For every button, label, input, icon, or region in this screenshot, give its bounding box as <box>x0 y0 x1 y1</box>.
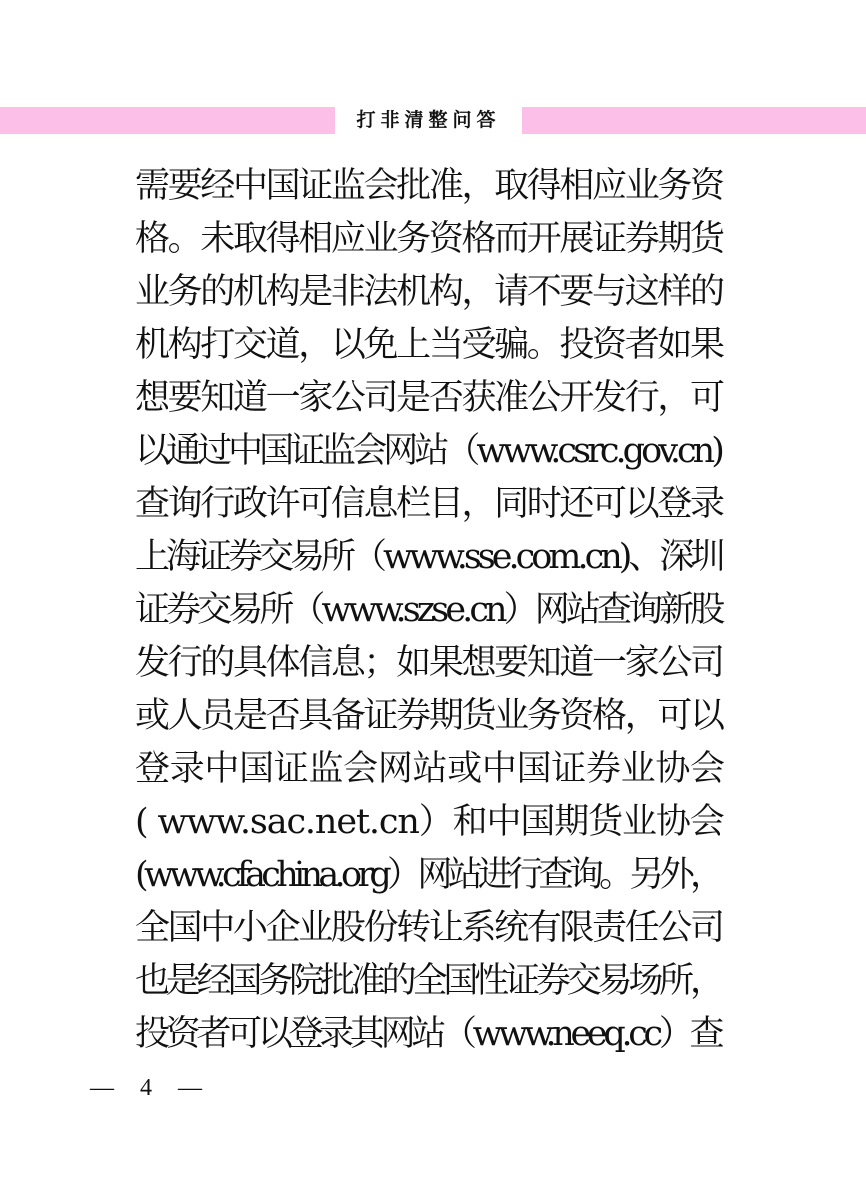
text-line: 上海证券交易所（www.sse.com.cn)、深圳 <box>135 531 725 584</box>
text-line: 发行的具体信息；如果想要知道一家公司 <box>135 637 725 690</box>
text-line: (www.cfachina.org）网站进行查询。另外， <box>135 849 725 902</box>
text-line: 格。未取得相应业务资格而开展证券期货 <box>135 213 725 266</box>
page-number: — 4 — <box>90 1075 212 1102</box>
text-line: ( www.sac.net.cn）和中国期货业协会 <box>135 796 725 849</box>
header-decor-bar-left <box>0 107 335 134</box>
text-line: 需要经中国证监会批准，取得相应业务资 <box>135 160 725 213</box>
body-paragraph: 需要经中国证监会批准，取得相应业务资 格。未取得相应业务资格而开展证券期货 业务… <box>135 160 725 1061</box>
text-line: 或人员是否具备证券期货业务资格，可以 <box>135 690 725 743</box>
text-line: 机构打交道，以免上当受骗。投资者如果 <box>135 319 725 372</box>
text-line: 登录中国证监会网站或中国证券业协会 <box>135 743 725 796</box>
text-line: 业务的机构是非法机构，请不要与这样的 <box>135 266 725 319</box>
text-line: 投资者可以登录其网站（www.neeq.cc）查 <box>135 1008 725 1061</box>
text-line: 全国中小企业股份转让系统有限责任公司 <box>135 902 725 955</box>
text-line: 以通过中国证监会网站（www.csrc.gov.cn) <box>135 425 725 478</box>
header-decor-bar-right <box>522 107 866 134</box>
running-header: 打非清整问答 <box>0 107 866 134</box>
text-line: 查询行政许可信息栏目，同时还可以登录 <box>135 478 725 531</box>
text-line: 也是经国务院批准的全国性证券交易场所， <box>135 955 725 1008</box>
text-line: 想要知道一家公司是否获准公开发行，可 <box>135 372 725 425</box>
text-line: 证券交易所（www.szse.cn）网站查询新股 <box>135 584 725 637</box>
running-header-title: 打非清整问答 <box>335 107 522 134</box>
